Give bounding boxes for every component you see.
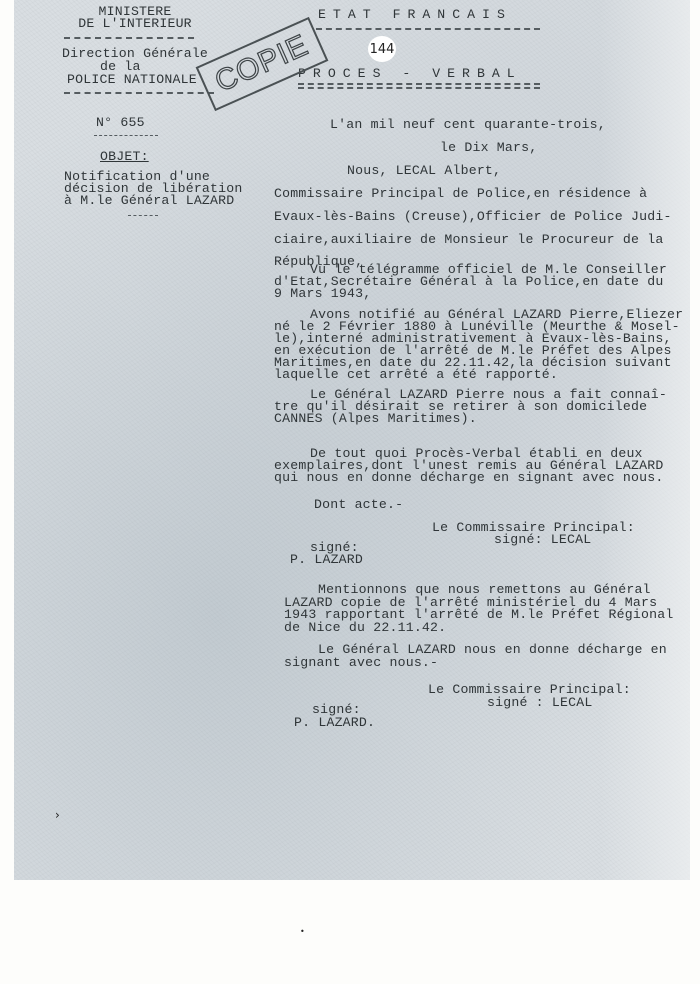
object-label: OBJET: <box>100 150 149 163</box>
lazard-name-2: P. LAZARD. <box>294 716 375 729</box>
telegram-line: 9 Mars 1943, <box>274 287 371 300</box>
intro-line: Commissaire Principal de Police,en résid… <box>274 187 647 200</box>
object-line: à M.le Général LAZARD <box>64 194 234 207</box>
lazard-name: P. LAZARD <box>290 553 363 566</box>
date-line1: L'an mil neuf cent quarante-trois, <box>330 118 606 131</box>
direction-line3: POLICE NATIONALE <box>67 73 197 86</box>
date-line2: le Dix Mars, <box>440 141 537 154</box>
header-right-rule-2 <box>298 83 540 85</box>
header-left-rule-1 <box>64 37 194 39</box>
commissaire-signed: signé: LECAL <box>494 533 591 546</box>
object-rule <box>128 215 158 216</box>
intro-line: Nous, LECAL Albert, <box>347 164 501 177</box>
mention-line: de Nice du 22.11.42. <box>284 621 446 634</box>
copies-line: qui nous en donne décharge en signant av… <box>274 471 663 484</box>
intro-line: Evaux-lès-Bains (Creuse),Officier de Pol… <box>274 210 672 223</box>
discharge-line: signant avec nous.- <box>284 656 438 669</box>
header-left-rule-2 <box>64 92 214 94</box>
intro-line: ciaire,auxiliaire de Monsieur le Procure… <box>274 233 663 246</box>
scan-artifact-mark: › <box>55 808 60 822</box>
wish-line: CANNES (Alpes Maritimes). <box>274 412 477 425</box>
header-right-rule-1 <box>316 28 540 30</box>
closing-line: Dont acte.- <box>314 498 403 511</box>
notified-line: laquelle cet arrêté a été rapporté. <box>274 368 558 381</box>
state-title: ETAT FRANCAIS <box>318 8 512 21</box>
scan-artifact-dot: • <box>300 927 305 936</box>
page-number: 144 <box>368 36 396 62</box>
reference-number: N° 655 <box>96 116 145 129</box>
commissaire-signed-2: signé : LECAL <box>487 696 592 709</box>
ministry-line2: DE L'INTERIEUR <box>60 17 210 30</box>
reference-rule <box>94 135 158 136</box>
scanned-page <box>14 0 690 880</box>
doc-type-title: PROCES - VERBAL <box>298 67 522 80</box>
